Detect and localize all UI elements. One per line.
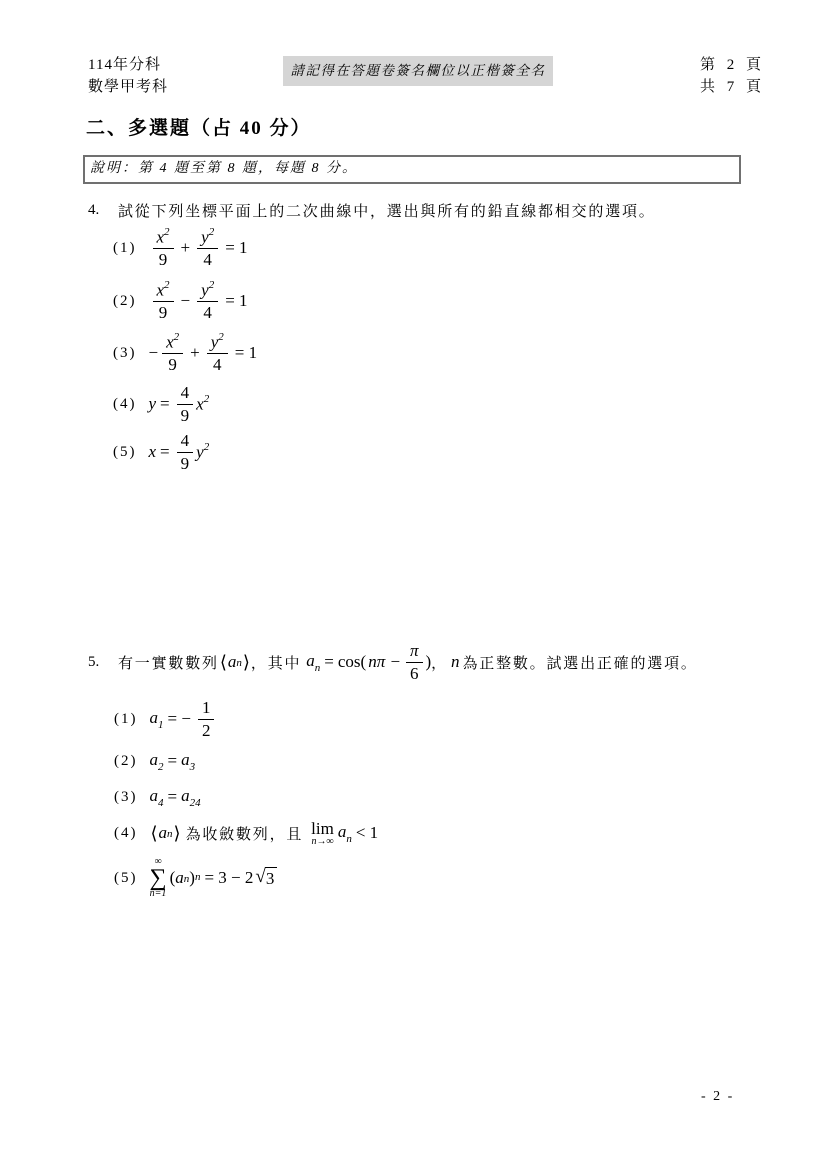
q4-option-3-label: (3) xyxy=(113,345,137,362)
fraction: x29 xyxy=(153,227,174,270)
q5-option-4-formula: ⟨an⟩ xyxy=(150,823,182,844)
fraction: y24 xyxy=(197,227,218,270)
instruction-box: 說明：第 4 題至第 8 題，每題 8 分。 xyxy=(83,155,741,184)
exam-subject: 數學甲考科 xyxy=(88,76,168,98)
fraction: 49 xyxy=(177,431,194,473)
q4-option-3-formula: − x29 + y24 = 1 xyxy=(149,332,258,375)
total-pages: 共 7 頁 xyxy=(700,76,765,98)
q5-option-1-label: (1) xyxy=(114,711,138,728)
q4-option-5-formula: x = 49 y2 xyxy=(149,431,210,473)
fraction: π6 xyxy=(406,641,423,683)
q4-option-5-label: (5) xyxy=(113,444,137,461)
limit-stack: limn→∞ xyxy=(311,820,334,847)
current-page: 第 2 頁 xyxy=(700,54,765,76)
q5-option-3-formula: a4 = a24 xyxy=(150,786,201,808)
fraction: y24 xyxy=(197,280,218,323)
q4-option-2: (2) x29 − y24 = 1 xyxy=(113,279,248,323)
q5-option-1: (1) a1 = − 12 xyxy=(114,698,217,740)
q5-option-2: (2) a2 = a3 xyxy=(114,749,195,773)
q4-option-1-formula: x29 + y24 = 1 xyxy=(149,227,248,270)
q5-option-3: (3) a4 = a24 xyxy=(114,785,201,809)
q4-option-2-label: (2) xyxy=(113,293,137,310)
q5-number: 5. xyxy=(88,654,111,671)
fraction: x29 xyxy=(153,280,174,323)
q5-option-2-formula: a2 = a3 xyxy=(150,750,196,772)
fraction: x29 xyxy=(162,332,183,375)
q5-option-4-label: (4) xyxy=(114,825,138,842)
fraction: y24 xyxy=(207,332,228,375)
q4-option-4-formula: y = 49 x2 xyxy=(149,383,210,425)
q4-option-4: (4) y = 49 x2 xyxy=(113,382,209,426)
q5-option-2-label: (2) xyxy=(114,753,138,770)
an-definition: an = cos(nπ − π6 ) xyxy=(306,641,431,683)
q5-option-5-formula: ∞ ∑ n=1 (an)n = 3 − 2 √3 xyxy=(150,857,278,900)
signature-notice: 請記得在答題卷簽名欄位以正楷簽全名 xyxy=(283,56,553,86)
limit-expression: limn→∞ an < 1 xyxy=(307,820,378,847)
q4-option-2-formula: x29 − y24 = 1 xyxy=(149,280,248,323)
q5-option-5: (5) ∞ ∑ n=1 (an)n = 3 − 2 √3 xyxy=(114,853,277,903)
header-page-info: 第 2 頁 共 7 頁 xyxy=(700,54,765,98)
q5-option-5-label: (5) xyxy=(114,870,138,887)
q4-stem-text: 試從下列坐標平面上的二次曲線中，選出與所有的鉛直線都相交的選項。 xyxy=(118,200,656,221)
header-exam-info: 114年分科 數學甲考科 xyxy=(88,54,168,98)
footer-page-number: - 2 - xyxy=(701,1089,734,1105)
sequence-notation: ⟨an⟩ xyxy=(219,652,251,673)
summation-stack: ∞ ∑ n=1 xyxy=(150,857,167,900)
q4-option-5: (5) x = 49 y2 xyxy=(113,430,209,474)
fraction: 49 xyxy=(177,383,194,425)
q4-stem: 4. 試從下列坐標平面上的二次曲線中，選出與所有的鉛直線都相交的選項。 xyxy=(88,198,656,222)
exam-year: 114年分科 xyxy=(88,54,168,76)
exam-page: 114年分科 數學甲考科 請記得在答題卷簽名欄位以正楷簽全名 第 2 頁 共 7… xyxy=(0,0,827,1170)
q4-option-4-label: (4) xyxy=(113,396,137,413)
q4-number: 4. xyxy=(88,202,111,219)
q5-option-4: (4) ⟨an⟩ 為收斂數列，且 limn→∞ an < 1 xyxy=(114,816,378,850)
q4-option-1-label: (1) xyxy=(113,240,137,257)
q5-option-3-label: (3) xyxy=(114,789,138,806)
q5-option-1-formula: a1 = − 12 xyxy=(150,698,218,740)
fraction: 12 xyxy=(198,698,215,740)
q4-option-1: (1) x29 + y24 = 1 xyxy=(113,226,248,270)
q4-option-3: (3) − x29 + y24 = 1 xyxy=(113,331,257,375)
square-root: √3 xyxy=(255,867,277,889)
section-title: 二、多選題（占 40 分） xyxy=(86,113,312,140)
q5-stem: 5. 有一實數數列 ⟨an⟩ ， 其中 an = cos(nπ − π6 ) ，… xyxy=(88,640,698,684)
